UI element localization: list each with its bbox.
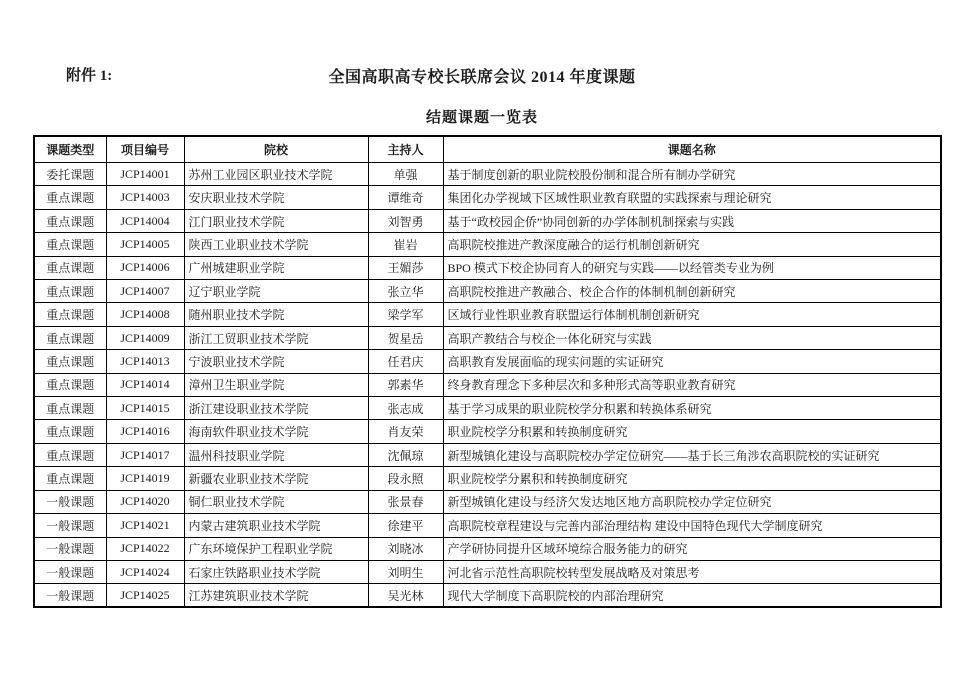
cell-code: JCP14020 — [106, 490, 184, 513]
cell-code: JCP14003 — [106, 186, 184, 209]
cell-leader: 任君庆 — [368, 350, 443, 373]
cell-code: JCP14021 — [106, 514, 184, 537]
cell-leader: 张景春 — [368, 490, 443, 513]
cell-school: 广州城建职业学院 — [184, 256, 368, 279]
cell-title: 河北省示范性高职院校转型发展战略及对策思考 — [443, 560, 941, 583]
header-leader: 主持人 — [368, 136, 443, 163]
cell-title: 基于制度创新的职业院校股份制和混合所有制办学研究 — [443, 163, 941, 186]
cell-type: 重点课题 — [34, 397, 106, 420]
cell-leader: 刘明生 — [368, 560, 443, 583]
document-title: 全国高职高专校长联席会议 2014 年度课题 — [0, 64, 964, 87]
cell-leader: 吴光林 — [368, 584, 443, 607]
cell-type: 重点课题 — [34, 443, 106, 466]
cell-school: 江门职业技术学院 — [184, 209, 368, 232]
cell-leader: 肖友荣 — [368, 420, 443, 443]
table-row: 重点课题JCP14015浙江建设职业技术学院张志成基于学习成果的职业院校学分积累… — [34, 397, 941, 420]
cell-code: JCP14013 — [106, 350, 184, 373]
table-row: 重点课题JCP14013宁波职业技术学院任君庆高职教育发展面临的现实问题的实证研… — [34, 350, 941, 373]
cell-leader: 崔岩 — [368, 233, 443, 256]
table-row: 重点课题JCP14014漳州卫生职业学院郭素华终身教育理念下多种层次和多种形式高… — [34, 373, 941, 396]
cell-code: JCP14017 — [106, 443, 184, 466]
cell-school: 海南软件职业技术学院 — [184, 420, 368, 443]
topics-table: 课题类型 项目编号 院校 主持人 课题名称 委托课题JCP14001苏州工业园区… — [33, 135, 942, 608]
cell-code: JCP14005 — [106, 233, 184, 256]
table-row: 重点课题JCP14008随州职业技术学院梁学军区域行业性职业教育联盟运行体制机制… — [34, 303, 941, 326]
cell-school: 随州职业技术学院 — [184, 303, 368, 326]
cell-leader: 刘晓冰 — [368, 537, 443, 560]
cell-type: 重点课题 — [34, 326, 106, 349]
cell-code: JCP14009 — [106, 326, 184, 349]
header-project-code: 项目编号 — [106, 136, 184, 163]
table-row: 重点课题JCP14017温州科技职业学院沈佩琼新型城镇化建设与高职院校办学定位研… — [34, 443, 941, 466]
table-row: 重点课题JCP14007辽宁职业学院张立华高职院校推进产教融合、校企合作的体制机… — [34, 280, 941, 303]
cell-school: 石家庄铁路职业技术学院 — [184, 560, 368, 583]
cell-type: 一般课题 — [34, 537, 106, 560]
cell-school: 浙江工贸职业技术学院 — [184, 326, 368, 349]
cell-school: 安庆职业技术学院 — [184, 186, 368, 209]
cell-type: 委托课题 — [34, 163, 106, 186]
cell-type: 重点课题 — [34, 186, 106, 209]
cell-type: 一般课题 — [34, 560, 106, 583]
cell-code: JCP14014 — [106, 373, 184, 396]
cell-code: JCP14015 — [106, 397, 184, 420]
table-row: 重点课题JCP14003安庆职业技术学院谭维奇集团化办学视域下区域性职业教育联盟… — [34, 186, 941, 209]
cell-code: JCP14016 — [106, 420, 184, 443]
cell-title: 终身教育理念下多种层次和多种形式高等职业教育研究 — [443, 373, 941, 396]
cell-type: 重点课题 — [34, 303, 106, 326]
cell-code: JCP14006 — [106, 256, 184, 279]
cell-school: 广东环境保护工程职业学院 — [184, 537, 368, 560]
cell-title: 职业院校学分累积和转换制度研究 — [443, 467, 941, 490]
cell-school: 新疆农业职业技术学院 — [184, 467, 368, 490]
cell-code: JCP14004 — [106, 209, 184, 232]
cell-title: 高职教育发展面临的现实问题的实证研究 — [443, 350, 941, 373]
cell-title: 高职院校推进产教深度融合的运行机制创新研究 — [443, 233, 941, 256]
cell-school: 宁波职业技术学院 — [184, 350, 368, 373]
table-row: 一般课题JCP14022广东环境保护工程职业学院刘晓冰产学研协同提升区域环境综合… — [34, 537, 941, 560]
cell-title: 职业院校学分积累和转换制度研究 — [443, 420, 941, 443]
cell-code: JCP14019 — [106, 467, 184, 490]
header-school: 院校 — [184, 136, 368, 163]
cell-leader: 梁学军 — [368, 303, 443, 326]
cell-type: 重点课题 — [34, 420, 106, 443]
cell-school: 辽宁职业学院 — [184, 280, 368, 303]
table-row: 一般课题JCP14020铜仁职业技术学院张景春新型城镇化建设与经济欠发达地区地方… — [34, 490, 941, 513]
header-topic-type: 课题类型 — [34, 136, 106, 163]
table-row: 重点课题JCP14004江门职业技术学院刘智勇基于“政校园企侨”协同创新的办学体… — [34, 209, 941, 232]
cell-school: 铜仁职业技术学院 — [184, 490, 368, 513]
cell-school: 苏州工业园区职业技术学院 — [184, 163, 368, 186]
cell-type: 一般课题 — [34, 490, 106, 513]
cell-leader: 沈佩琼 — [368, 443, 443, 466]
cell-code: JCP14007 — [106, 280, 184, 303]
cell-type: 重点课题 — [34, 209, 106, 232]
table-row: 重点课题JCP14016海南软件职业技术学院肖友荣职业院校学分积累和转换制度研究 — [34, 420, 941, 443]
cell-school: 江苏建筑职业技术学院 — [184, 584, 368, 607]
cell-leader: 刘智勇 — [368, 209, 443, 232]
table-row: 一般课题JCP14024石家庄铁路职业技术学院刘明生河北省示范性高职院校转型发展… — [34, 560, 941, 583]
cell-title: 高职院校推进产教融合、校企合作的体制机制创新研究 — [443, 280, 941, 303]
cell-school: 温州科技职业学院 — [184, 443, 368, 466]
cell-leader: 张立华 — [368, 280, 443, 303]
cell-leader: 郭素华 — [368, 373, 443, 396]
cell-school: 内蒙古建筑职业技术学院 — [184, 514, 368, 537]
table-header-row: 课题类型 项目编号 院校 主持人 课题名称 — [34, 136, 941, 163]
cell-type: 重点课题 — [34, 350, 106, 373]
cell-leader: 谭维奇 — [368, 186, 443, 209]
cell-type: 一般课题 — [34, 584, 106, 607]
cell-type: 重点课题 — [34, 280, 106, 303]
cell-title: 集团化办学视域下区域性职业教育联盟的实践探索与理论研究 — [443, 186, 941, 209]
cell-leader: 单强 — [368, 163, 443, 186]
table-row: 委托课题JCP14001苏州工业园区职业技术学院单强基于制度创新的职业院校股份制… — [34, 163, 941, 186]
cell-title: 现代大学制度下高职院校的内部治理研究 — [443, 584, 941, 607]
cell-title: 高职产教结合与校企一体化研究与实践 — [443, 326, 941, 349]
cell-title: 新型城镇化建设与高职院校办学定位研究——基于长三角涉农高职院校的实证研究 — [443, 443, 941, 466]
table-row: 重点课题JCP14019新疆农业职业技术学院段永照职业院校学分累积和转换制度研究 — [34, 467, 941, 490]
cell-title: 高职院校章程建设与完善内部治理结构 建设中国特色现代大学制度研究 — [443, 514, 941, 537]
table-body: 委托课题JCP14001苏州工业园区职业技术学院单强基于制度创新的职业院校股份制… — [34, 163, 941, 608]
cell-type: 一般课题 — [34, 514, 106, 537]
document-header: 附件 1: 全国高职高专校长联席会议 2014 年度课题 结题课题一览表 — [0, 0, 964, 135]
header-topic-title: 课题名称 — [443, 136, 941, 163]
table-row: 重点课题JCP14009浙江工贸职业技术学院贺星岳高职产教结合与校企一体化研究与… — [34, 326, 941, 349]
cell-school: 陕西工业职业技术学院 — [184, 233, 368, 256]
cell-school: 漳州卫生职业学院 — [184, 373, 368, 396]
cell-code: JCP14025 — [106, 584, 184, 607]
table-row: 重点课题JCP14006广州城建职业学院王媚莎BPO 模式下校企协同育人的研究与… — [34, 256, 941, 279]
document-page: 附件 1: 全国高职高专校长联席会议 2014 年度课题 结题课题一览表 课题类… — [0, 0, 964, 682]
cell-code: JCP14022 — [106, 537, 184, 560]
cell-title: 区域行业性职业教育联盟运行体制机制创新研究 — [443, 303, 941, 326]
cell-type: 重点课题 — [34, 233, 106, 256]
table-row: 重点课题JCP14005陕西工业职业技术学院崔岩高职院校推进产教深度融合的运行机… — [34, 233, 941, 256]
cell-leader: 贺星岳 — [368, 326, 443, 349]
cell-title: BPO 模式下校企协同育人的研究与实践——以经管类专业为例 — [443, 256, 941, 279]
cell-leader: 王媚莎 — [368, 256, 443, 279]
cell-school: 浙江建设职业技术学院 — [184, 397, 368, 420]
cell-type: 重点课题 — [34, 256, 106, 279]
table-row: 一般课题JCP14025江苏建筑职业技术学院吴光林现代大学制度下高职院校的内部治… — [34, 584, 941, 607]
cell-code: JCP14024 — [106, 560, 184, 583]
cell-type: 重点课题 — [34, 373, 106, 396]
cell-code: JCP14001 — [106, 163, 184, 186]
table-row: 一般课题JCP14021内蒙古建筑职业技术学院徐建平高职院校章程建设与完善内部治… — [34, 514, 941, 537]
cell-code: JCP14008 — [106, 303, 184, 326]
cell-title: 基于学习成果的职业院校学分积累和转换体系研究 — [443, 397, 941, 420]
document-subtitle: 结题课题一览表 — [0, 106, 964, 127]
cell-leader: 段永照 — [368, 467, 443, 490]
cell-type: 重点课题 — [34, 467, 106, 490]
cell-leader: 张志成 — [368, 397, 443, 420]
cell-title: 产学研协同提升区域环境综合服务能力的研究 — [443, 537, 941, 560]
cell-leader: 徐建平 — [368, 514, 443, 537]
cell-title: 新型城镇化建设与经济欠发达地区地方高职院校办学定位研究 — [443, 490, 941, 513]
cell-title: 基于“政校园企侨”协同创新的办学体制机制探索与实践 — [443, 209, 941, 232]
